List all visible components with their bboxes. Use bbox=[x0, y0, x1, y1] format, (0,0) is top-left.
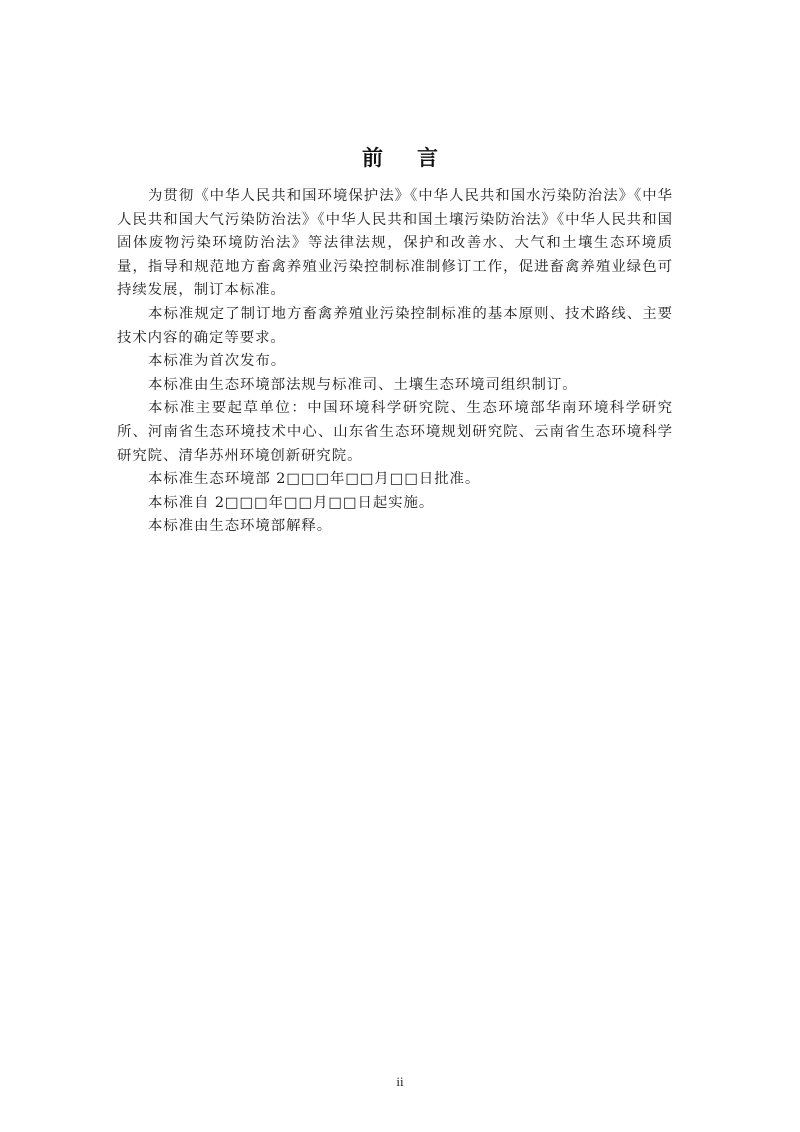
paragraph-approval-date: 本标准生态环境部 2□□□年□□月□□日批准。 bbox=[117, 468, 673, 492]
paragraph-scope: 本标准规定了制订地方畜禽养殖业污染控制标准的基本原则、技术路线、主要技术内容的确… bbox=[117, 303, 673, 350]
paragraph-interpretation: 本标准由生态环境部解释。 bbox=[117, 515, 673, 539]
paragraph-first-release: 本标准为首次发布。 bbox=[117, 350, 673, 374]
title-char-1: 前 bbox=[362, 142, 383, 172]
page-number: ii bbox=[0, 1074, 800, 1090]
paragraph-purpose: 为贯彻《中华人民共和国环境保护法》《中华人民共和国水污染防治法》《中华人民共和国… bbox=[117, 185, 673, 303]
foreword-body: 为贯彻《中华人民共和国环境保护法》《中华人民共和国水污染防治法》《中华人民共和国… bbox=[117, 185, 673, 539]
page-title: 前言 bbox=[0, 142, 800, 172]
paragraph-effective-date: 本标准自 2□□□年□□月□□日起实施。 bbox=[117, 492, 673, 516]
paragraph-organizer: 本标准由生态环境部法规与标准司、土壤生态环境司组织制订。 bbox=[117, 374, 673, 398]
document-page: 前言 为贯彻《中华人民共和国环境保护法》《中华人民共和国水污染防治法》《中华人民… bbox=[0, 0, 800, 1132]
paragraph-drafters: 本标准主要起草单位：中国环境科学研究院、生态环境部华南环境科学研究所、河南省生态… bbox=[117, 397, 673, 468]
title-char-2: 言 bbox=[417, 142, 438, 172]
